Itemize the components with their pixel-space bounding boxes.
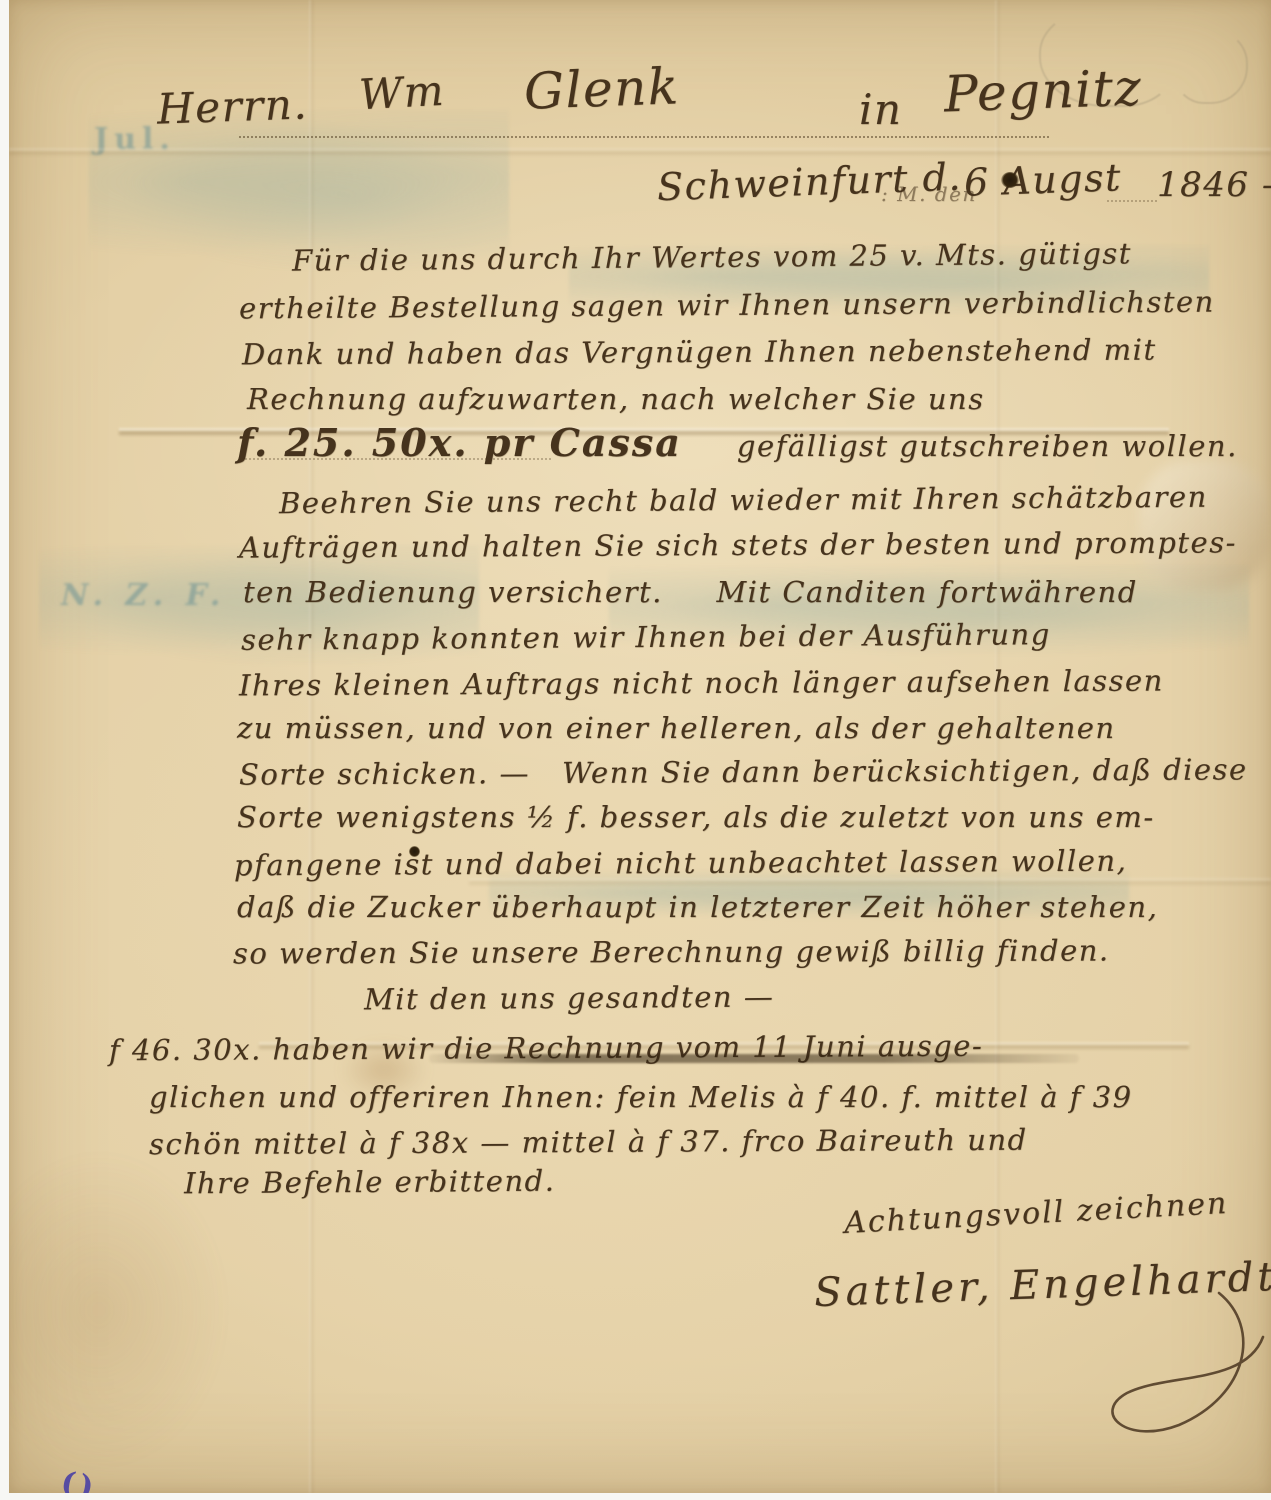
letter-line: Sorte schicken. — Wenn Sie dann berücksi…	[239, 755, 1248, 789]
dateline-day: 6 Augst	[963, 155, 1122, 204]
letter-line: Ihres kleinen Auftrags nicht noch länger…	[239, 667, 1164, 701]
pencil-mark	[1174, 30, 1248, 104]
closing-salutation: Achtungsvoll zeichnen	[843, 1186, 1229, 1241]
addressee-underline	[239, 136, 1049, 138]
fold-crease-vertical	[309, 0, 314, 1493]
signature-flourish	[1049, 1285, 1271, 1455]
ink-smear-crease	[429, 1054, 1079, 1063]
letter-line: Aufträgen und halten Sie sich stets der …	[239, 528, 1237, 562]
letter-line: sehr knapp konnten wir Ihnen bei der Aus…	[241, 620, 1051, 655]
corner-mark: ()	[58, 1465, 100, 1493]
letter-line: Rechnung aufzuwarten, nach welcher Sie u…	[247, 385, 985, 414]
amount-rest: gefälligst gutschreiben wollen.	[737, 429, 1238, 463]
letter-line: Ihre Befehle erbittend.	[184, 1167, 556, 1199]
dateline-den: : M. den	[881, 182, 977, 206]
letter-line: Dank und haben das Vergnügen Ihnen neben…	[242, 336, 1157, 370]
addressee-city: Pegnitz	[943, 59, 1143, 124]
letter-line: Sorte wenigstens ½ f. besser, als die zu…	[237, 803, 1155, 832]
letter-line: ertheilte Bestellung sagen wir Ihnen uns…	[239, 288, 1215, 324]
addressee-in-word: in	[859, 85, 902, 134]
letter-line: ten Bedienung versichert. Mit Canditen f…	[243, 578, 1138, 607]
letter-line: pfangene ist und dabei nicht unbeachtet …	[234, 847, 1127, 881]
letter-line: glichen und offeriren Ihnen: fein Melis …	[149, 1083, 1133, 1112]
addressee-name-abbr: Wm	[358, 66, 446, 119]
addressee-prefix: Herrn.	[156, 79, 309, 133]
letter-line: schön mittel à f 38x — mittel à f 37. fr…	[149, 1126, 1028, 1160]
ink-blot	[409, 846, 420, 857]
ghost-stamp-nzf: N. Z. F.	[61, 578, 226, 613]
letter-paper: Jul. N. Z. F. Herrn. Wm Glenk in Pegnitz…	[9, 0, 1271, 1493]
fold-crease-horizontal	[9, 148, 1271, 156]
letter-line: so werden Sie unsere Berechnung gewiß bi…	[233, 936, 1110, 968]
letter-line: Beehren Sie uns recht bald wieder mit Ih…	[279, 483, 1208, 518]
letter-line: zu müssen, und von einer helleren, als d…	[237, 714, 1116, 743]
ink-blot	[1001, 172, 1019, 188]
amount-underline	[241, 458, 551, 460]
scanned-letter-page: { "document_type": "handwritten business…	[0, 0, 1271, 1500]
dateline-year: 1846 —	[1157, 165, 1271, 205]
dateline-dots	[1107, 200, 1157, 202]
letter-line: daß die Zucker überhaupt in letzterer Ze…	[237, 893, 1158, 922]
letter-line: Für die uns durch Ihr Wertes vom 25 v. M…	[292, 239, 1132, 275]
letter-line: Mit den uns gesandten —	[364, 983, 774, 1015]
addressee-surname: Glenk	[523, 57, 680, 120]
